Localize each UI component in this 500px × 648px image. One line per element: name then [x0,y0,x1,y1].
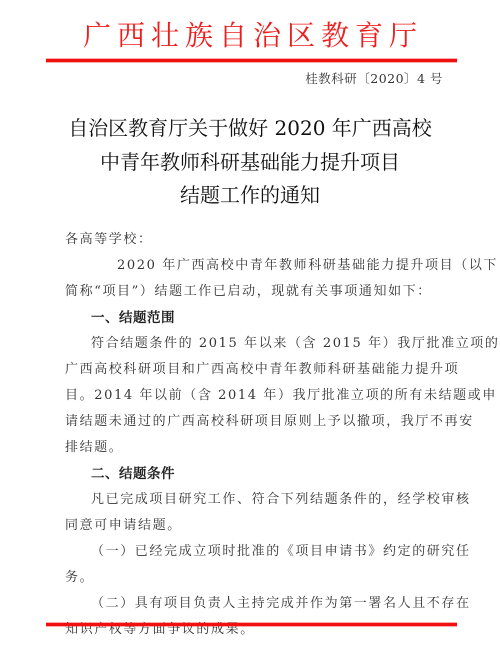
document-title: 自治区教育厅关于做好 2020 年广西高校 中青年教师科研基础能力提升项目 结题… [0,112,500,213]
section-2-intro-line-1: 凡已完成项目研究工作、符合下列结题条件的，经学校审核 [65,487,445,513]
section-2-item-2-line-2: 知识产权等方面争议的成果。 [65,617,445,643]
document-body: 各高等学校： 2020 年广西高校中青年教师科研基础能力提升项目（以下 简称“项… [65,227,445,643]
intro-line-2: 简称“项目”）结题工作已启动，现就有关事项通知如下： [65,279,445,305]
section-2-intro-line-2: 同意可申请结题。 [65,513,445,539]
bottom-red-rule [46,623,457,626]
section-2-item-1-line-1: （一）已经完成立项时批准的《项目申请书》约定的研究任 [65,539,445,565]
salutation: 各高等学校： [65,227,445,253]
section-1-line-2: 广西高校科研项目和广西高校中青年教师科研基础能力提升项 [65,357,445,383]
issuer-header: 广西壮族自治区教育厅 [0,18,500,54]
section-1-line-1: 符合结题条件的 2015 年以来（含 2015 年）我厅批准立项的 [65,331,445,357]
title-line-2: 中青年教师科研基础能力提升项目 [0,146,500,180]
top-red-rule [46,59,457,62]
section-1-heading: 一、结题范围 [65,305,445,331]
section-1-line-4: 请结题未通过的广西高校科研项目原则上予以撤项，我厅不再安 [65,409,445,435]
intro-line-1: 2020 年广西高校中青年教师科研基础能力提升项目（以下 [65,253,445,279]
document-number: 桂教科研〔2020〕4 号 [305,69,443,87]
section-2-item-1-line-2: 务。 [65,565,445,591]
document-page: 广西壮族自治区教育厅 桂教科研〔2020〕4 号 自治区教育厅关于做好 2020… [0,0,500,648]
section-2-item-2-line-1: （二）具有项目负责人主持完成并作为第一署名人且不存在 [65,591,445,617]
title-line-3: 结题工作的通知 [0,179,500,213]
section-1-line-3: 目。2014 年以前（含 2014 年）我厅批准立项的所有未结题或申 [65,383,445,409]
section-1-line-5: 排结题。 [65,435,445,461]
title-line-1: 自治区教育厅关于做好 2020 年广西高校 [0,112,500,146]
section-2-heading: 二、结题条件 [65,461,445,487]
